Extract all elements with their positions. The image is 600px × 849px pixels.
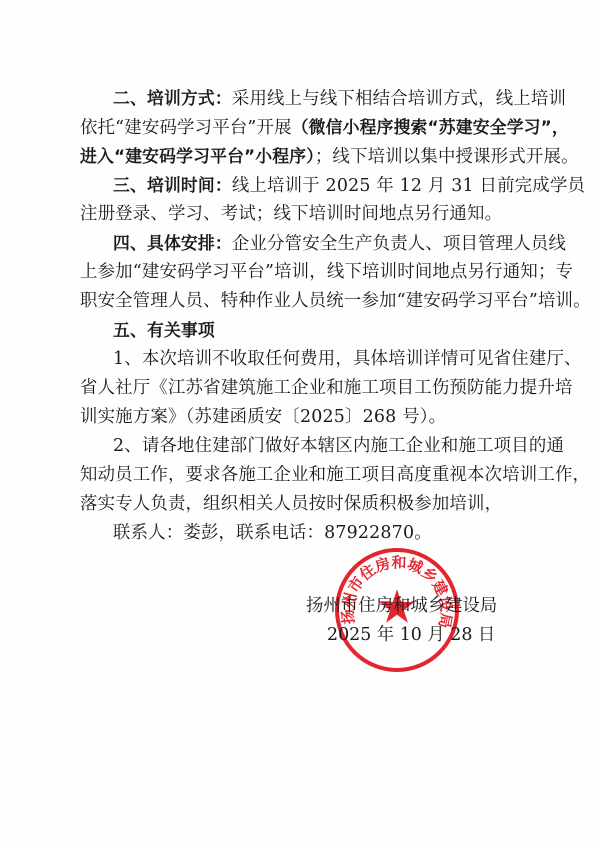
emphasis-text: 进入“建安码学习平台”小程序） <box>80 146 315 166</box>
contact-text: 联系人：娄彭，联系电话：87922870。 <box>113 523 432 543</box>
signing-organization: 扬州市住房和城乡建设局 <box>306 596 497 616</box>
paragraph-text: 落实专人负责，组织相关人员按时保质积极参加培训， <box>80 494 502 514</box>
section-training-method-line-3: 进入“建安码学习平台”小程序）；线下培训以集中授课形式开展。 <box>80 146 524 167</box>
signing-date: 2025 年 10 月 28 日 <box>327 625 495 645</box>
section-arrangements-line-3: 职安全管理人员、特种作业人员统一参加“建安码学习平台”培训。 <box>80 291 524 311</box>
item-1-line-2: 省人社厅《江苏省建筑施工企业和施工项目工伤预防能力提升培 <box>80 378 524 398</box>
paragraph-text: 省人社厅《江苏省建筑施工企业和施工项目工伤预防能力提升培 <box>80 378 573 398</box>
section-heading: 五、有关事项 <box>113 320 215 340</box>
item-2-line-1: 2、请各地住建部门做好本辖区内施工企业和施工项目的通 <box>113 436 524 456</box>
contact-line: 联系人：娄彭，联系电话：87922870。 <box>113 523 524 543</box>
paragraph-text: 依托“建安码学习平台”开展 <box>80 118 292 138</box>
paragraph-text: 上参加“建安码学习平台”培训，线下培训时间地点另行通知；专 <box>80 262 573 282</box>
section-training-time-line-1: 三、培训时间：线上培训于 2025 年 12 月 31 日前完成学员 <box>113 175 524 196</box>
paragraph-text: 知动员工作，要求各施工企业和施工项目高度重视本次培训工作， <box>80 465 590 485</box>
paragraph-text: 1、本次培训不收取任何费用，具体培训详情可见省住建厅、 <box>113 349 582 369</box>
section-heading: 三、培训时间： <box>113 175 232 195</box>
item-1-line-1: 1、本次培训不收取任何费用，具体培训详情可见省住建厅、 <box>113 349 524 369</box>
section-related-matters-heading: 五、有关事项 <box>113 320 524 341</box>
item-2-line-3: 落实专人负责，组织相关人员按时保质积极参加培训， <box>80 494 524 514</box>
paragraph-text: 线上培训于 2025 年 12 月 31 日前完成学员 <box>232 176 585 196</box>
section-training-method-line-1: 二、培训方式：采用线上与线下相结合培训方式，线上培训 <box>113 88 524 109</box>
paragraph-text: 注册登录、学习、考试；线下培训时间地点另行通知。 <box>80 204 502 224</box>
emphasis-text: （微信小程序搜索“苏建安全学习”， <box>292 117 569 137</box>
paragraph-text: 训实施方案》（苏建函质安〔2025〕268 号）。 <box>80 407 446 427</box>
paragraph-text: 2、请各地住建部门做好本辖区内施工企业和施工项目的通 <box>113 436 564 456</box>
item-2-line-2: 知动员工作，要求各施工企业和施工项目高度重视本次培训工作， <box>80 465 524 485</box>
section-heading: 二、培训方式： <box>113 88 232 108</box>
paragraph-text: 采用线上与线下相结合培训方式，线上培训 <box>232 89 566 109</box>
section-arrangements-line-2: 上参加“建安码学习平台”培训，线下培训时间地点另行通知；专 <box>80 262 524 282</box>
document-page: 二、培训方式：采用线上与线下相结合培训方式，线上培训 依托“建安码学习平台”开展… <box>0 0 600 849</box>
item-1-line-3: 训实施方案》（苏建函质安〔2025〕268 号）。 <box>80 407 524 427</box>
section-heading: 四、具体安排： <box>113 233 232 253</box>
paragraph-text: 职安全管理人员、特种作业人员统一参加“建安码学习平台”培训。 <box>80 291 591 311</box>
section-arrangements-line-1: 四、具体安排：企业分管安全生产负责人、项目管理人员线 <box>113 233 524 254</box>
paragraph-text: ；线下培训以集中授课形式开展。 <box>315 147 579 167</box>
section-training-method-line-2: 依托“建安码学习平台”开展（微信小程序搜索“苏建安全学习”， <box>80 117 524 138</box>
section-training-time-line-2: 注册登录、学习、考试；线下培训时间地点另行通知。 <box>80 204 524 224</box>
paragraph-text: 企业分管安全生产负责人、项目管理人员线 <box>232 234 566 254</box>
